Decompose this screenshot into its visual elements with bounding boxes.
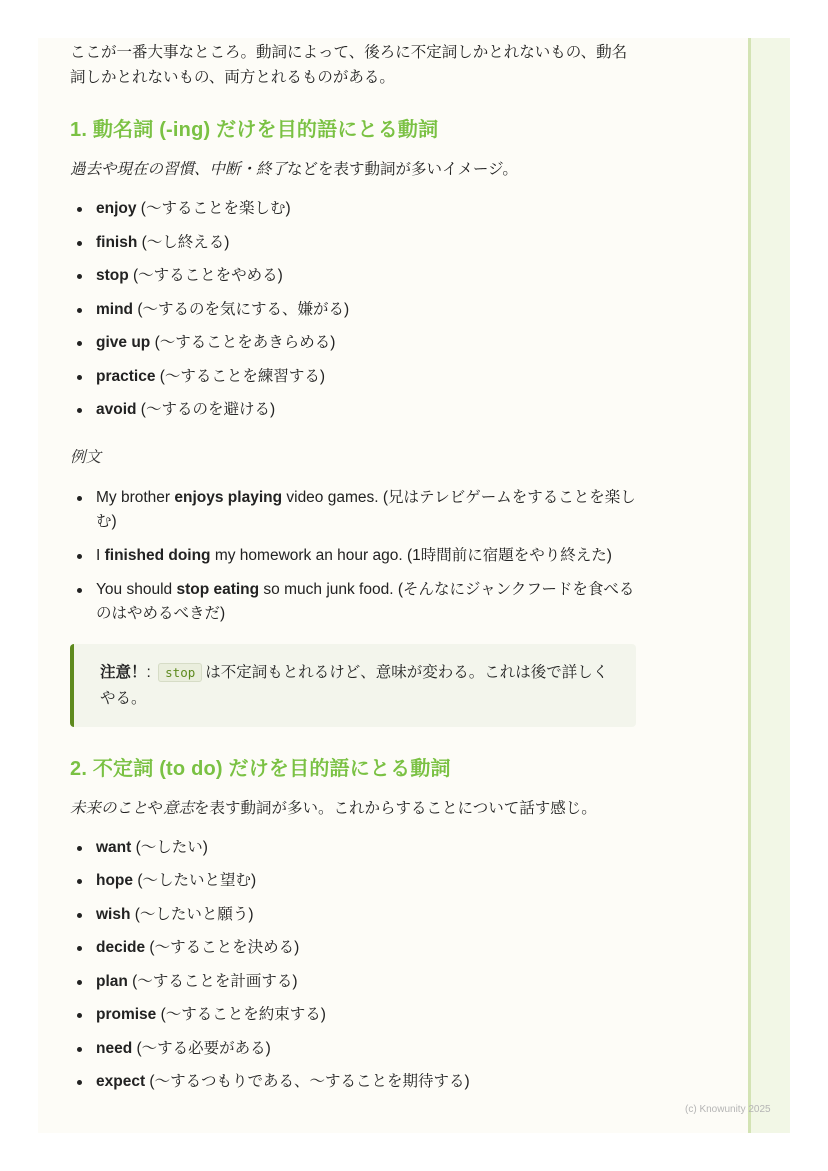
- lead-separator: 、: [194, 161, 210, 178]
- list-item: enjoy (〜することを楽しむ): [70, 197, 636, 231]
- list-item: give up (〜することをあきらめる): [70, 331, 636, 365]
- section-heading: 2. 不定詞 (to do) だけを目的語にとる動詞: [70, 755, 636, 783]
- section-heading: 1. 動名詞 (-ing) だけを目的語にとる動詞: [70, 116, 636, 144]
- verb-meaning: (〜したい): [131, 839, 208, 856]
- list-item: finish (〜し終える): [70, 231, 636, 265]
- example-highlight: enjoys playing: [174, 489, 282, 506]
- verb-meaning: (〜するのを避ける): [136, 401, 275, 418]
- list-item: stop (〜することをやめる): [70, 264, 636, 298]
- example-highlight: stop eating: [176, 581, 259, 598]
- list-item: expect (〜するつもりである、〜することを期待する): [70, 1070, 636, 1104]
- section-lead: 過去や現在の習慣、中断・終了などを表す動詞が多いイメージ。: [70, 158, 636, 182]
- verb-term: need: [96, 1040, 132, 1057]
- lead-emphasis: 過去や現在の習慣: [70, 161, 194, 178]
- verb-meaning: (〜したいと望む): [133, 872, 256, 889]
- list-item: mind (〜するのを気にする、嫌がる): [70, 298, 636, 332]
- note-callout: 注意！: stopは不定詞もとれるけど、意味が変わる。これは後で詳しくやる。: [70, 644, 636, 727]
- list-item: avoid (〜するのを避ける): [70, 398, 636, 432]
- verb-meaning: (〜する必要がある): [132, 1040, 271, 1057]
- verb-meaning: (〜することをあきらめる): [150, 334, 335, 351]
- example-list: My brother enjoys playing video games. (…: [70, 486, 636, 626]
- verb-term: finish: [96, 234, 137, 251]
- list-item: need (〜する必要がある): [70, 1037, 636, 1071]
- verb-term: want: [96, 839, 131, 856]
- list-item: want (〜したい): [70, 836, 636, 870]
- callout-label: 注意！: [100, 664, 147, 681]
- example-item: You should stop eating so much junk food…: [70, 578, 636, 626]
- examples-label: 例文: [70, 446, 636, 470]
- verb-list: enjoy (〜することを楽しむ) finish (〜し終える) stop (〜…: [70, 197, 636, 432]
- bullet-icon: [77, 408, 82, 413]
- section-lead: 未来のことや意志を表す動詞が多い。これからすることについて話す感じ。: [70, 797, 636, 821]
- intro-paragraph: ここが一番大事なところ。動詞によって、後ろに不定詞しかとれないもの、動名詞しかと…: [70, 40, 636, 90]
- verb-term: avoid: [96, 401, 136, 418]
- list-item: promise (〜することを約束する): [70, 1003, 636, 1037]
- bullet-icon: [77, 554, 82, 559]
- example-text: You should: [96, 581, 176, 598]
- verb-meaning: (〜することを計画する): [128, 973, 298, 990]
- list-item: decide (〜することを決める): [70, 936, 636, 970]
- verb-list: want (〜したい) hope (〜したいと望む) wish (〜したいと願う…: [70, 836, 636, 1104]
- verb-meaning: (〜するつもりである、〜することを期待する): [145, 1073, 469, 1090]
- verb-term: plan: [96, 973, 128, 990]
- verb-term: expect: [96, 1073, 145, 1090]
- example-highlight: finished doing: [105, 547, 211, 564]
- bullet-icon: [77, 913, 82, 918]
- lead-emphasis: 未来のこと: [70, 800, 148, 817]
- list-item: hope (〜したいと望む): [70, 869, 636, 903]
- bullet-icon: [77, 274, 82, 279]
- verb-meaning: (〜することを決める): [145, 939, 299, 956]
- section-infinitive-only: 2. 不定詞 (to do) だけを目的語にとる動詞 未来のことや意志を表す動詞…: [70, 755, 636, 1104]
- verb-term: practice: [96, 368, 155, 385]
- document-content: ここが一番大事なところ。動詞によって、後ろに不定詞しかとれないもの、動名詞しかと…: [70, 40, 636, 1118]
- verb-term: stop: [96, 267, 129, 284]
- inline-code: stop: [158, 663, 202, 682]
- example-item: My brother enjoys playing video games. (…: [70, 486, 636, 534]
- example-text: my homework an hour ago. (1時間前に宿題をやり終えた): [211, 547, 612, 564]
- verb-meaning: (〜したいと願う): [130, 906, 253, 923]
- list-item: plan (〜することを計画する): [70, 970, 636, 1004]
- verb-meaning: (〜することを楽しむ): [136, 200, 290, 217]
- bullet-icon: [77, 375, 82, 380]
- lead-text: などを表す動詞が多いイメージ。: [287, 161, 518, 178]
- lead-text: を表す動詞が多い。これからすることについて話す感じ。: [194, 800, 597, 817]
- list-item: wish (〜したいと願う): [70, 903, 636, 937]
- bullet-icon: [77, 207, 82, 212]
- verb-term: wish: [96, 906, 130, 923]
- bullet-icon: [77, 1080, 82, 1085]
- verb-term: promise: [96, 1006, 156, 1023]
- lead-emphasis: 意志: [163, 800, 194, 817]
- bullet-icon: [77, 241, 82, 246]
- bullet-icon: [77, 308, 82, 313]
- bullet-icon: [77, 980, 82, 985]
- callout-colon: :: [147, 664, 156, 681]
- example-text: My brother: [96, 489, 174, 506]
- bullet-icon: [77, 496, 82, 501]
- verb-meaning: (〜することをやめる): [129, 267, 283, 284]
- bullet-icon: [77, 1013, 82, 1018]
- list-item: practice (〜することを練習する): [70, 365, 636, 399]
- side-margin-strip: [748, 38, 790, 1133]
- bullet-icon: [77, 341, 82, 346]
- bullet-icon: [77, 946, 82, 951]
- verb-meaning: (〜するのを気にする、嫌がる): [133, 301, 349, 318]
- example-item: I finished doing my homework an hour ago…: [70, 544, 636, 568]
- bullet-icon: [77, 588, 82, 593]
- bullet-icon: [77, 846, 82, 851]
- verb-meaning: (〜することを約束する): [156, 1006, 326, 1023]
- verb-term: enjoy: [96, 200, 136, 217]
- bullet-icon: [77, 879, 82, 884]
- lead-separator: や: [148, 800, 164, 817]
- verb-meaning: (〜し終える): [137, 234, 229, 251]
- example-text: I: [96, 547, 105, 564]
- verb-term: mind: [96, 301, 133, 318]
- bullet-icon: [77, 1047, 82, 1052]
- verb-meaning: (〜することを練習する): [155, 368, 325, 385]
- copyright-watermark: (c) Knowunity 2025: [685, 1104, 771, 1115]
- section-gerund-only: 1. 動名詞 (-ing) だけを目的語にとる動詞 過去や現在の習慣、中断・終了…: [70, 116, 636, 727]
- verb-term: give up: [96, 334, 150, 351]
- verb-term: hope: [96, 872, 133, 889]
- verb-term: decide: [96, 939, 145, 956]
- lead-emphasis: 中断・終了: [210, 161, 288, 178]
